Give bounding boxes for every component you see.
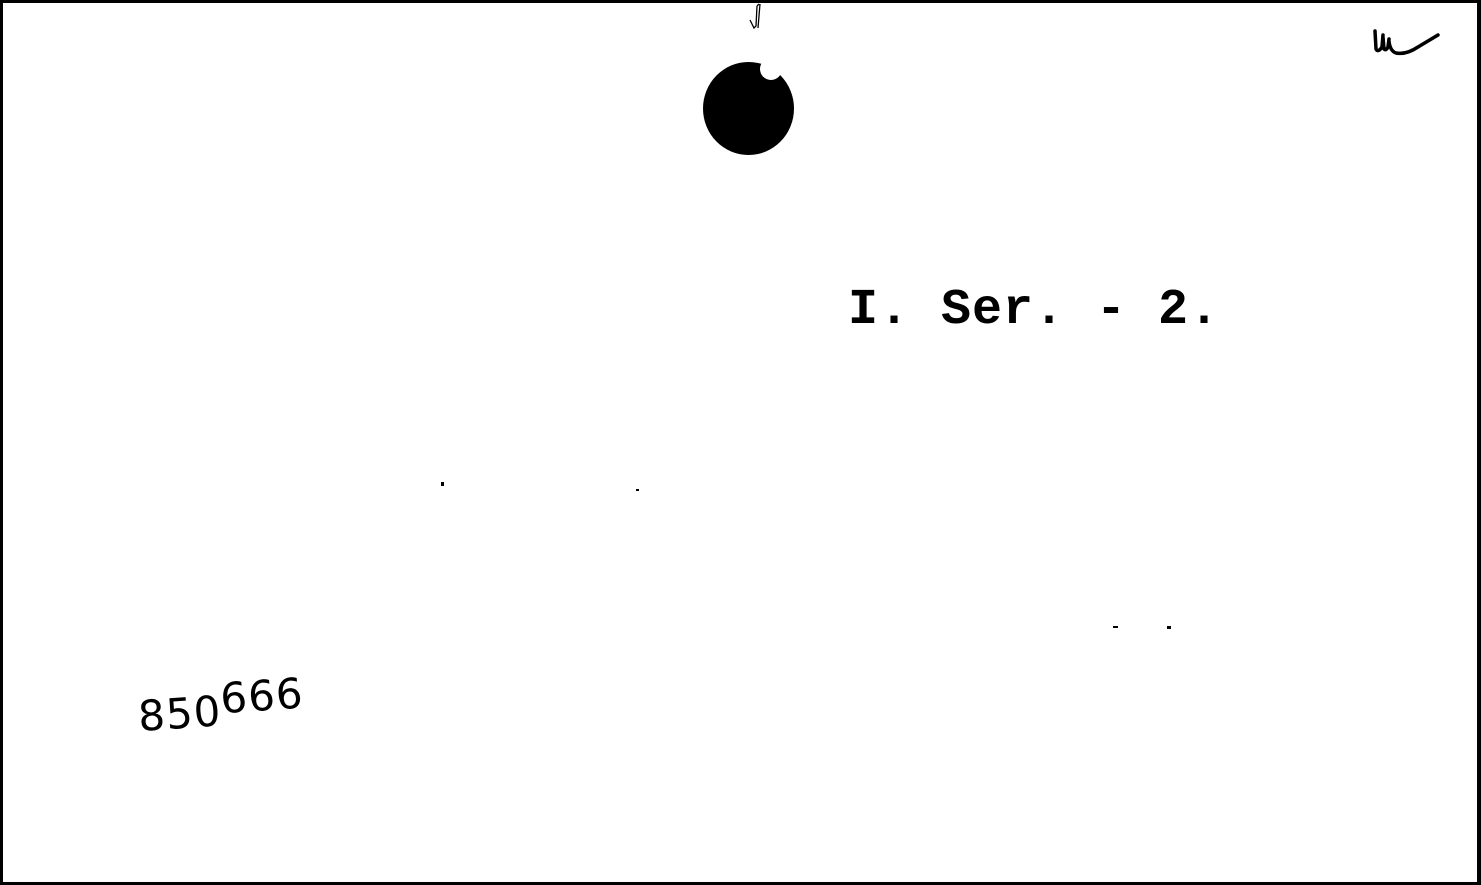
speck (1167, 626, 1171, 629)
scan-edge-top (0, 0, 1481, 3)
handwritten-accession-number: 850666 (137, 681, 306, 741)
speck (1113, 626, 1118, 628)
index-card: I. Ser. - 2. 850666 (0, 0, 1481, 885)
speck (636, 489, 639, 491)
accession-number-base: 850 (137, 686, 223, 741)
typed-heading: I. Ser. - 2. (848, 282, 1220, 339)
scan-edge-left (0, 0, 3, 885)
check-mark-icon (748, 2, 768, 32)
accession-number-raised: 666 (219, 669, 305, 724)
speck (441, 482, 444, 486)
scan-edge-right (1477, 0, 1481, 885)
punch-hole (703, 62, 794, 155)
handwritten-initials-icon (1370, 25, 1442, 63)
punch-hole-notch (760, 58, 782, 80)
